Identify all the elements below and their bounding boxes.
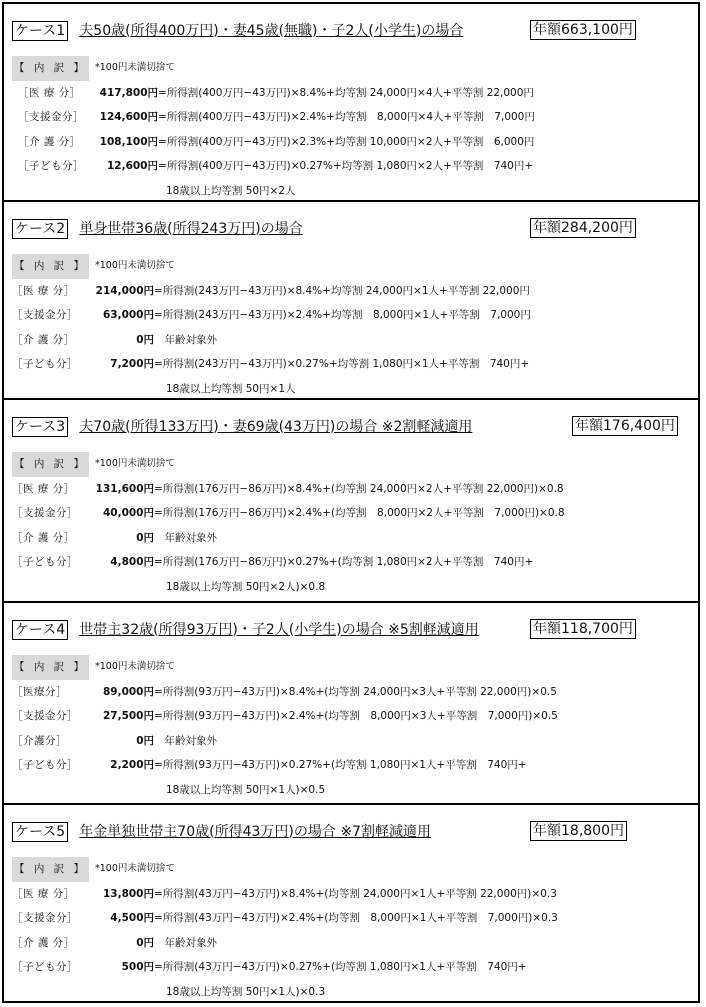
- formula-continuation: 18歳以上均等割 50円×1人)×0.3: [12, 980, 694, 1005]
- category: ［支援金分］: [12, 501, 72, 526]
- formula: =所得割(176万円−86万円)×2.4%+(均等割 8,000円×2人+平等割…: [154, 501, 565, 526]
- formula: 年齢対象外: [154, 526, 217, 551]
- formula: =所得割(243万円−43万円)×2.4%+均等割 8,000円×1人+平等割 …: [154, 303, 531, 328]
- amount: 4,500円: [72, 906, 154, 931]
- formula: =所得割(176万円−86万円)×0.27%+(均等割 1,080円×2人+平等…: [154, 550, 533, 575]
- amount: 4,800円: [72, 550, 154, 575]
- category: ［子ども分］: [12, 352, 72, 377]
- amount: 417,800円: [78, 81, 158, 106]
- category: ［支援金分］: [18, 105, 78, 130]
- amount: 2,200円: [72, 753, 154, 778]
- breakdown: 【 内 訳 】*100円未満切捨て ［医 療 分］131,600円=所得割(17…: [12, 452, 694, 599]
- formula: =所得割(400万円−43万円)×0.27%+均等割 1,080円×2人+平等割…: [158, 154, 533, 179]
- amount: 124,600円: [78, 105, 158, 130]
- category: ［子ども分］: [12, 955, 72, 980]
- case-1: ケース1 夫50歳(所得400万円)・妻45歳(無職)・子2人(小学生)の場合 …: [2, 2, 700, 200]
- row-children: ［子ども分］500円=所得割(43万円−43万円)×0.27%+(均等割 1,0…: [12, 955, 694, 980]
- case-title: 世帯主32歳(所得93万円)・子2人(小学生)の場合 ※5割軽減適用: [79, 621, 478, 639]
- category: ［介護分］: [12, 729, 72, 754]
- rounding-note: *100円未満切捨て: [95, 254, 175, 279]
- case-3: ケース3 夫70歳(所得133万円)・妻69歳(43万円)の場合 ※2割軽減適用…: [2, 398, 700, 601]
- amount: 13,800円: [72, 882, 154, 907]
- formula: =所得割(93万円−43万円)×2.4%+(均等割 8,000円×3人+平等割 …: [154, 704, 558, 729]
- annual-total: 年額176,400円: [572, 416, 678, 436]
- category: ［子ども分］: [12, 753, 72, 778]
- case-label: ケース5: [12, 822, 68, 842]
- formula: =所得割(93万円−43万円)×0.27%+(均等割 1,080円×1人+平等割…: [154, 753, 527, 778]
- row-care: ［介 護 分］0円 年齢対象外: [12, 526, 694, 551]
- category: ［支援金分］: [12, 303, 72, 328]
- category: ［医 療 分］: [12, 477, 72, 502]
- category: ［介 護 分］: [18, 130, 78, 155]
- annual-total: 年額18,800円: [530, 821, 627, 841]
- formula: 年齢対象外: [154, 328, 217, 353]
- row-support: ［支援金分］27,500円=所得割(93万円−43万円)×2.4%+(均等割 8…: [12, 704, 694, 729]
- formula: =所得割(43万円−43万円)×0.27%+(均等割 1,080円×1人+平等割…: [154, 955, 527, 980]
- category: ［介 護 分］: [12, 328, 72, 353]
- category: ［支援金分］: [12, 704, 72, 729]
- category: ［支援金分］: [12, 906, 72, 931]
- category: ［医 療 分］: [12, 882, 72, 907]
- annual-total: 年額663,100円: [530, 20, 636, 40]
- category: ［医 療 分］: [12, 279, 72, 304]
- amount: 40,000円: [72, 501, 154, 526]
- row-children: ［子ども分］12,600円=所得割(400万円−43万円)×0.27%+均等割 …: [12, 154, 694, 179]
- category: ［医 療 分］: [18, 81, 78, 106]
- amount: 63,000円: [72, 303, 154, 328]
- row-medical: ［医 療 分］214,000円=所得割(243万円−43万円)×8.4%+均等割…: [12, 279, 694, 304]
- annual-total: 年額284,200円: [530, 218, 636, 238]
- category: ［子ども分］: [18, 154, 78, 179]
- amount: 214,000円: [72, 279, 154, 304]
- row-support: ［支援金分］40,000円=所得割(176万円−86万円)×2.4%+(均等割 …: [12, 501, 694, 526]
- case-5: ケース5 年金単独世帯主70歳(所得43万円)の場合 ※7割軽減適用 年額18,…: [2, 803, 700, 1003]
- row-care: ［介 護 分］0円 年齢対象外: [12, 931, 694, 956]
- case-header: ケース1 夫50歳(所得400万円)・妻45歳(無職)・子2人(小学生)の場合 …: [12, 20, 690, 42]
- case-header: ケース4 世帯主32歳(所得93万円)・子2人(小学生)の場合 ※5割軽減適用 …: [12, 619, 690, 641]
- formula: =所得割(43万円−43万円)×8.4%+(均等割 24,000円×1人+平等割…: [154, 882, 557, 907]
- row-children: ［子ども分］4,800円=所得割(176万円−86万円)×0.27%+(均等割 …: [12, 550, 694, 575]
- row-support: ［支援金分］124,600円=所得割(400万円−43万円)×2.4%+均等割 …: [12, 105, 694, 130]
- annual-total: 年額118,700円: [530, 619, 636, 639]
- row-medical: ［医 療 分］13,800円=所得割(43万円−43万円)×8.4%+(均等割 …: [12, 882, 694, 907]
- row-support: ［支援金分］63,000円=所得割(243万円−43万円)×2.4%+均等割 8…: [12, 303, 694, 328]
- case-title: 単身世帯36歳(所得243万円)の場合: [79, 220, 302, 238]
- row-children: ［子ども分］7,200円=所得割(243万円−43万円)×0.27%+均等割 1…: [12, 352, 694, 377]
- row-care: ［介護分］0円 年齢対象外: [12, 729, 694, 754]
- breakdown: 【 内 訳 】*100円未満切捨て ［医療分］89,000円=所得割(93万円−…: [12, 655, 694, 802]
- formula: 年齢対象外: [154, 729, 217, 754]
- case-title: 夫50歳(所得400万円)・妻45歳(無職)・子2人(小学生)の場合: [79, 22, 463, 40]
- amount: 0円: [72, 931, 154, 956]
- breakdown-tag: 【 内 訳 】: [12, 452, 89, 477]
- formula-continuation: 18歳以上均等割 50円×2人)×0.8: [12, 575, 694, 600]
- case-header: ケース5 年金単独世帯主70歳(所得43万円)の場合 ※7割軽減適用 年額18,…: [12, 821, 690, 843]
- case-header: ケース3 夫70歳(所得133万円)・妻69歳(43万円)の場合 ※2割軽減適用…: [12, 416, 690, 438]
- amount: 89,000円: [72, 680, 154, 705]
- rounding-note: *100円未満切捨て: [95, 56, 175, 81]
- amount: 108,100円: [78, 130, 158, 155]
- case-title: 年金単独世帯主70歳(所得43万円)の場合 ※7割軽減適用: [79, 823, 431, 841]
- amount: 0円: [72, 328, 154, 353]
- amount: 500円: [72, 955, 154, 980]
- formula: =所得割(243万円−43万円)×0.27%+均等割 1,080円×1人+平等割…: [154, 352, 529, 377]
- case-label: ケース3: [12, 417, 68, 437]
- breakdown: 【 内 訳 】*100円未満切捨て ［医 療 分］214,000円=所得割(24…: [12, 254, 694, 401]
- formula: =所得割(43万円−43万円)×2.4%+(均等割 8,000円×1人+平等割 …: [154, 906, 558, 931]
- formula: =所得割(176万円−86万円)×8.4%+(均等割 24,000円×2人+平等…: [154, 477, 564, 502]
- case-2: ケース2 単身世帯36歳(所得243万円)の場合 年額284,200円 【 内 …: [2, 200, 700, 398]
- category: ［医療分］: [12, 680, 72, 705]
- case-4: ケース4 世帯主32歳(所得93万円)・子2人(小学生)の場合 ※5割軽減適用 …: [2, 601, 700, 803]
- row-care: ［介 護 分］0円 年齢対象外: [12, 328, 694, 353]
- row-children: ［子ども分］2,200円=所得割(93万円−43万円)×0.27%+(均等割 1…: [12, 753, 694, 778]
- amount: 27,500円: [72, 704, 154, 729]
- rounding-note: *100円未満切捨て: [95, 857, 175, 882]
- amount: 0円: [72, 729, 154, 754]
- breakdown-tag: 【 内 訳 】: [12, 857, 89, 882]
- category: ［介 護 分］: [12, 931, 72, 956]
- formula: =所得割(243万円−43万円)×8.4%+均等割 24,000円×1人+平等割…: [154, 279, 530, 304]
- amount: 7,200円: [72, 352, 154, 377]
- case-label: ケース4: [12, 620, 68, 640]
- row-medical: ［医 療 分］417,800円=所得割(400万円−43万円)×8.4%+均等割…: [12, 81, 694, 106]
- breakdown: 【 内 訳 】*100円未満切捨て ［医 療 分］13,800円=所得割(43万…: [12, 857, 694, 1004]
- case-header: ケース2 単身世帯36歳(所得243万円)の場合 年額284,200円: [12, 218, 690, 240]
- case-label: ケース1: [12, 21, 68, 41]
- formula: =所得割(400万円−43万円)×2.3%+均等割 10,000円×2人+平等割…: [158, 130, 534, 155]
- category: ［子ども分］: [12, 550, 72, 575]
- rounding-note: *100円未満切捨て: [95, 655, 175, 680]
- case-title: 夫70歳(所得133万円)・妻69歳(43万円)の場合 ※2割軽減適用: [79, 418, 472, 436]
- rounding-note: *100円未満切捨て: [95, 452, 175, 477]
- amount: 12,600円: [78, 154, 158, 179]
- amount: 131,600円: [72, 477, 154, 502]
- breakdown-tag: 【 内 訳 】: [12, 655, 89, 680]
- formula: =所得割(93万円−43万円)×8.4%+(均等割 24,000円×3人+平等割…: [154, 680, 557, 705]
- formula-continuation: 18歳以上均等割 50円×1人)×0.5: [12, 778, 694, 803]
- case-label: ケース2: [12, 219, 68, 239]
- amount: 0円: [72, 526, 154, 551]
- breakdown-tag: 【 内 訳 】: [12, 56, 89, 81]
- row-support: ［支援金分］4,500円=所得割(43万円−43万円)×2.4%+(均等割 8,…: [12, 906, 694, 931]
- row-care: ［介 護 分］108,100円=所得割(400万円−43万円)×2.3%+均等割…: [12, 130, 694, 155]
- formula: =所得割(400万円−43万円)×2.4%+均等割 8,000円×4人+平等割 …: [158, 105, 535, 130]
- category: ［介 護 分］: [12, 526, 72, 551]
- formula: 年齢対象外: [154, 931, 217, 956]
- formula: =所得割(400万円−43万円)×8.4%+均等割 24,000円×4人+平等割…: [158, 81, 534, 106]
- breakdown: 【 内 訳 】*100円未満切捨て ［医 療 分］417,800円=所得割(40…: [12, 56, 694, 203]
- row-medical: ［医療分］89,000円=所得割(93万円−43万円)×8.4%+(均等割 24…: [12, 680, 694, 705]
- insurance-calculation-sheet: ケース1 夫50歳(所得400万円)・妻45歳(無職)・子2人(小学生)の場合 …: [2, 2, 700, 1003]
- breakdown-tag: 【 内 訳 】: [12, 254, 89, 279]
- row-medical: ［医 療 分］131,600円=所得割(176万円−86万円)×8.4%+(均等…: [12, 477, 694, 502]
